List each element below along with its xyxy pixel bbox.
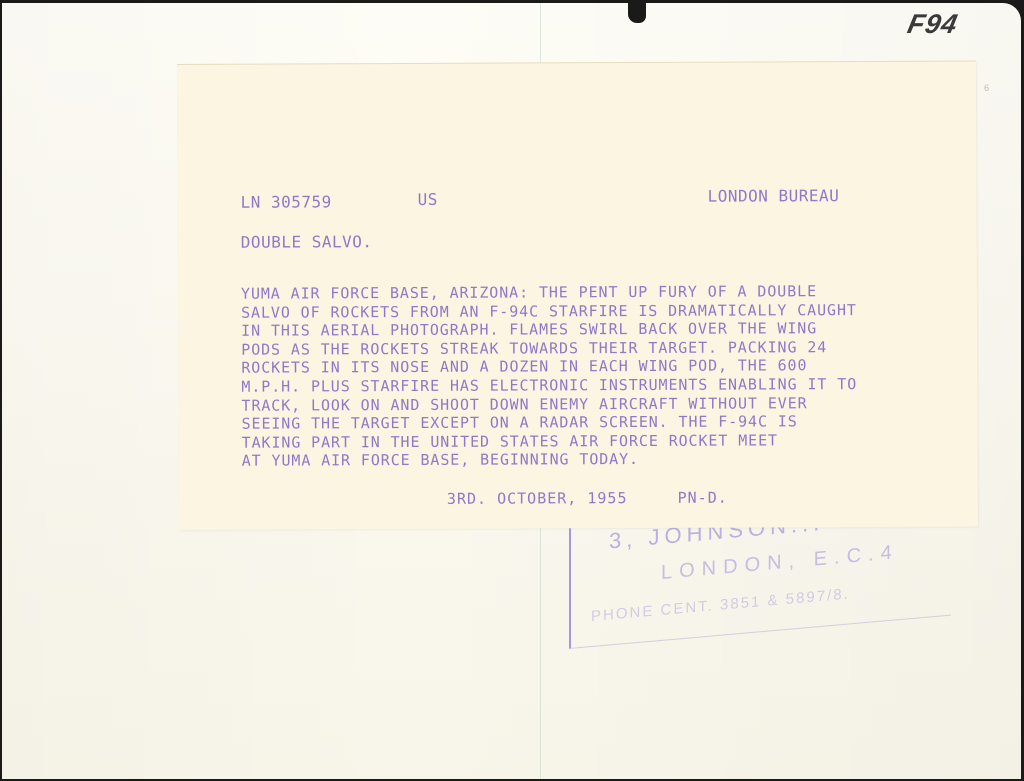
stamp-phone-line: PHONE CENT. 3851 & 5897/8. <box>591 585 850 625</box>
paper-tear <box>628 3 646 23</box>
handwritten-catalog-code: F94 <box>905 9 961 40</box>
photo-back-paper: F94 6 3, JOHNSON... LONDON, E.C.4 PHONE … <box>2 3 1021 779</box>
caption-line: M.P.H. PLUS STARFIRE HAS ELECTRONIC INST… <box>241 375 961 397</box>
caption-slip: LN 305759 US LONDON BUREAU DOUBLE SALVO.… <box>177 62 978 530</box>
caption-body: YUMA AIR FORCE BASE, ARIZONA: THE PENT U… <box>241 282 962 471</box>
caption-line: AT YUMA AIR FORCE BASE, BEGINNING TODAY. <box>242 449 962 471</box>
caption-line: SALVO OF ROCKETS FROM AN F-94C STARFIRE … <box>241 300 961 322</box>
origin-code: US <box>418 190 438 209</box>
pencil-mark: 6 <box>984 83 989 93</box>
caption-dateline: 3RD. OCTOBER, 1955 PN-D. <box>447 489 728 508</box>
reference-number: LN 305759 <box>241 192 332 211</box>
caption-headline: DOUBLE SALVO. <box>241 232 373 252</box>
bureau-name: LONDON BUREAU <box>708 186 840 206</box>
stamp-city-line: LONDON, E.C.4 <box>661 541 899 585</box>
